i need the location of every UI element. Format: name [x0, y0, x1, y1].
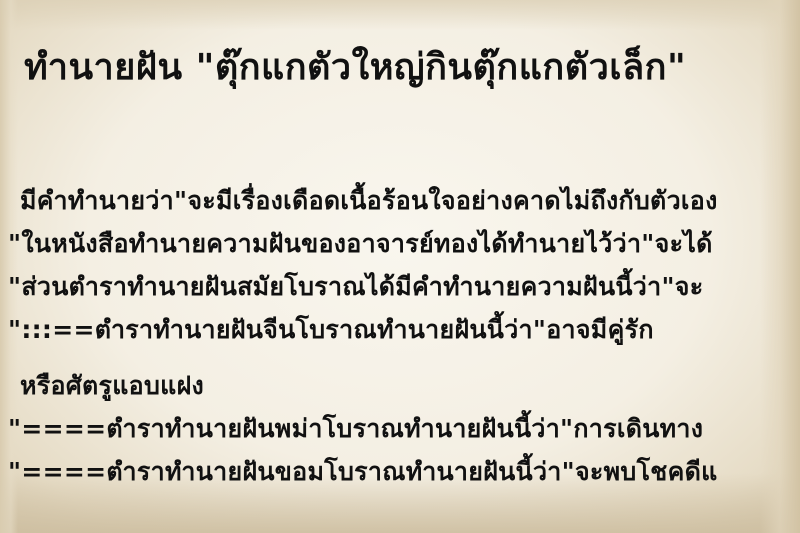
- text-line-7: "====ตำราทำนายฝันขอมโบราณทำนายฝันนี้ว่า"…: [8, 454, 718, 490]
- paper-edge-top: [0, 0, 800, 30]
- text-line-3: "ส่วนตำราทำนายฝันสมัยโบราณได้มีคำทำนายคว…: [8, 269, 703, 305]
- text-line-6: "====ตำราทำนายฝันพม่าโบราณทำนายฝันนี้ว่า…: [8, 411, 703, 447]
- paper-edge-right: [760, 0, 800, 533]
- text-line-4: ":::==ตำราทำนายฝันจีนโบราณทำนายฝันนี้ว่า…: [8, 312, 654, 348]
- text-line-2: "ในหนังสือทำนายความฝันของอาจารย์ทองได้ทำ…: [8, 226, 713, 262]
- text-line-5: หรือศัตรูแอบแฝง: [20, 368, 204, 404]
- page-title: ทำนายฝัน "ตุ๊กแกตัวใหญ่กินตุ๊กแกตัวเล็ก": [24, 38, 686, 98]
- text-line-1: มีคำทำนายว่า"จะมีเรื่องเดือดเนื้อร้อนใจอ…: [20, 183, 718, 219]
